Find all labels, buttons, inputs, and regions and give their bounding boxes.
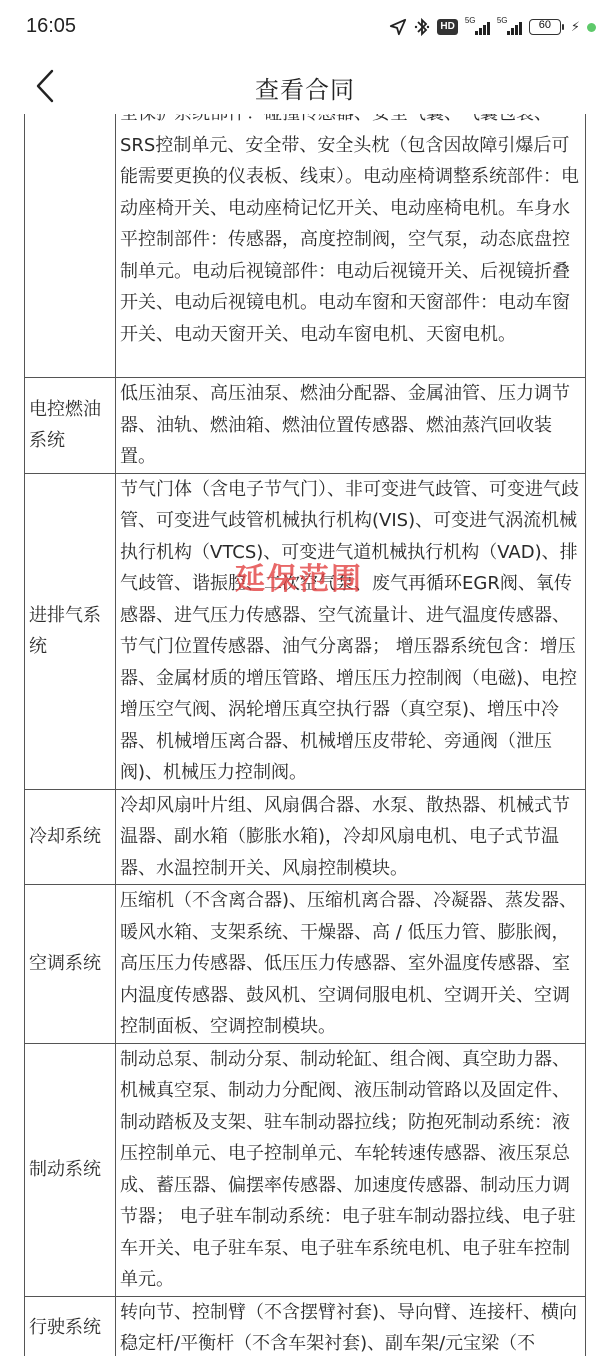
table-row: 空调系统 压缩机（不含离合器)、压缩机离合器、冷凝器、蒸发器、暖风水箱、支架系统…	[25, 885, 586, 1044]
green-dot-icon	[587, 23, 596, 32]
category-cell	[25, 100, 116, 378]
table-row: 进排气系统 节气门体（含电子节气门）、非可变进气歧管、可变进气歧管、可变进气歧管…	[25, 473, 586, 789]
description-cell: 低压油泵、高压油泵、燃油分配器、金属油管、压力调节器、油轨、燃油箱、燃油位置传感…	[116, 378, 586, 474]
description-cell: 制动总泵、制动分泵、制动轮缸、组合阀、真空助力器、机械真空泵、制动力分配阀、液压…	[116, 1043, 586, 1296]
coverage-table: 全保护系统部件：碰撞传感器、安全气囊、气囊包装、SRS控制单元、安全带、安全头枕…	[24, 100, 586, 1356]
table-row: 行驶系统 转向节、控制臂（不含摆臂衬套)、导向臂、连接杆、横向稳定杆/平衡杆（不…	[25, 1296, 586, 1356]
signal-5g-icon: 5G	[465, 19, 490, 35]
category-cell: 电控燃油系统	[25, 378, 116, 474]
description-cell: 节气门体（含电子节气门）、非可变进气歧管、可变进气歧管、可变进气歧管机械执行机构…	[116, 473, 586, 789]
category-cell: 行驶系统	[25, 1296, 116, 1356]
charging-icon: ⚡	[571, 20, 580, 35]
table-row: 冷却系统 冷却风扇叶片组、风扇偶合器、水泵、散热器、机械式节温器、副水箱（膨胀水…	[25, 789, 586, 885]
category-cell: 冷却系统	[25, 789, 116, 885]
page-title: 查看合同	[0, 70, 610, 105]
status-time: 16:05	[26, 15, 76, 38]
table-row: 制动系统 制动总泵、制动分泵、制动轮缸、组合阀、真空助力器、机械真空泵、制动力分…	[25, 1043, 586, 1296]
bluetooth-icon	[414, 17, 430, 37]
description-cell: 转向节、控制臂（不含摆臂衬套)、导向臂、连接杆、横向稳定杆/平衡杆（不含车架衬套…	[116, 1296, 586, 1356]
category-cell: 制动系统	[25, 1043, 116, 1296]
nav-bar: 查看合同	[0, 56, 610, 114]
hd-voice-icon: HD	[437, 19, 457, 35]
location-arrow-icon	[389, 18, 407, 36]
table-row: 电控燃油系统 低压油泵、高压油泵、燃油分配器、金属油管、压力调节器、油轨、燃油箱…	[25, 378, 586, 474]
contract-content[interactable]: 全保护系统部件：碰撞传感器、安全气囊、气囊包装、SRS控制单元、安全带、安全头枕…	[0, 100, 610, 1356]
status-icons: HD 5G 5G 60 ⚡	[389, 16, 596, 38]
description-cell: 冷却风扇叶片组、风扇偶合器、水泵、散热器、机械式节温器、副水箱（膨胀水箱)，冷却…	[116, 789, 586, 885]
description-cell: 全保护系统部件：碰撞传感器、安全气囊、气囊包装、SRS控制单元、安全带、安全头枕…	[116, 100, 586, 378]
battery-icon: 60	[529, 19, 564, 35]
table-row: 全保护系统部件：碰撞传感器、安全气囊、气囊包装、SRS控制单元、安全带、安全头枕…	[25, 100, 586, 378]
status-bar: 16:05 HD 5G 5G 60 ⚡	[0, 0, 610, 56]
category-cell: 进排气系统	[25, 473, 116, 789]
signal-5g-icon: 5G	[497, 19, 522, 35]
description-cell: 压缩机（不含离合器)、压缩机离合器、冷凝器、蒸发器、暖风水箱、支架系统、干燥器、…	[116, 885, 586, 1044]
category-cell: 空调系统	[25, 885, 116, 1044]
